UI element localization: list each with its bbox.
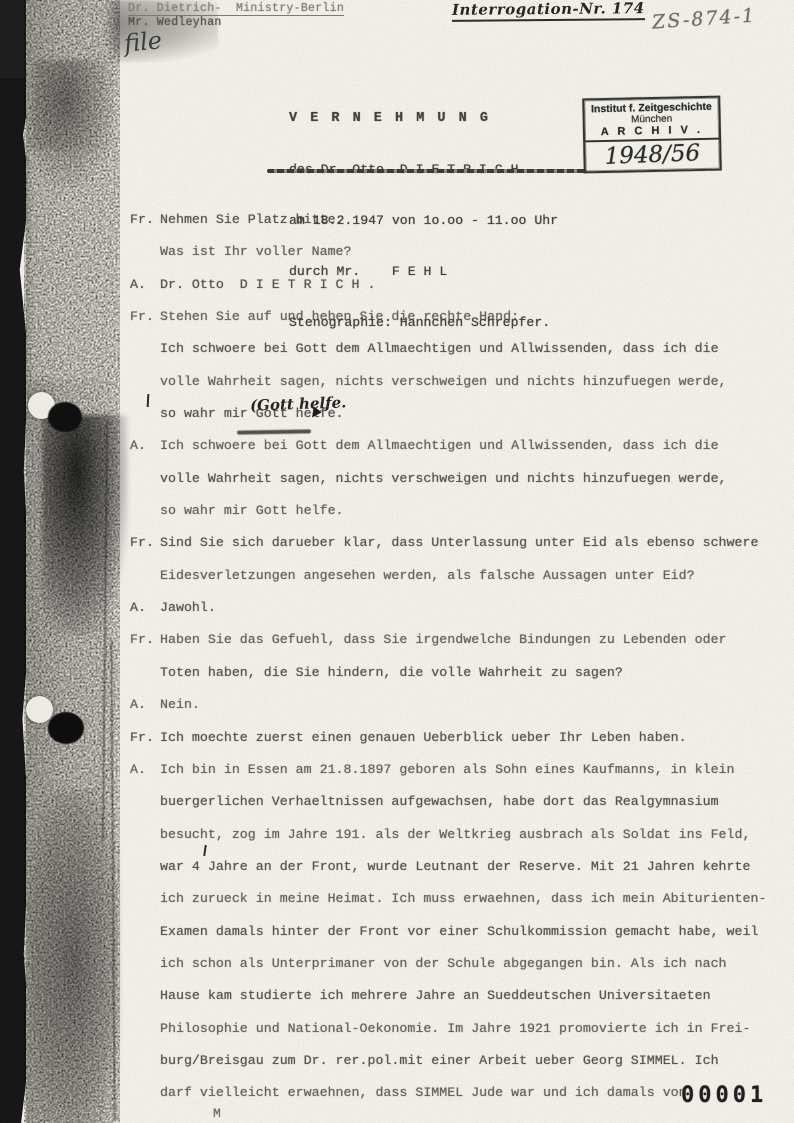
speaker-label: Fr. bbox=[130, 535, 160, 550]
typed-line-text: Hause kam studierte ich mehrere Jahre an… bbox=[160, 988, 711, 1003]
speaker-label: Fr. bbox=[130, 632, 160, 647]
typed-line: A.Jawohl. bbox=[130, 600, 766, 632]
typed-line-text: Ich bin in Essen am 21.8.1897 geboren al… bbox=[160, 762, 735, 777]
partial-character: M bbox=[213, 1106, 221, 1121]
speaker-label: Fr. bbox=[130, 309, 160, 324]
typed-line: A.Dr. Otto D I E T R I C H . bbox=[130, 277, 766, 309]
typed-line-text: darf vielleicht erwaehnen, dass SIMMEL J… bbox=[160, 1085, 687, 1100]
typed-line: ich schon als Unterprimaner von der Schu… bbox=[130, 956, 766, 988]
typed-line: Fr.Stehen Sie auf und heben Sie die rech… bbox=[130, 309, 766, 341]
typed-line: Fr.Ich moechte zuerst einen genauen Uebe… bbox=[130, 730, 766, 762]
archive-stamp: Institut f. Zeitgeschichte München A R C… bbox=[582, 96, 722, 174]
typed-line-text: so wahr mir Gott helfe. bbox=[160, 503, 344, 518]
typed-line-text: Nehmen Sie Platz bitte. bbox=[160, 212, 344, 227]
typed-line-text: ich zurueck in meine Heimat. Ich muss er… bbox=[160, 891, 766, 906]
typed-line: Ich schwoere bei Gott dem Allmaechtigen … bbox=[130, 341, 766, 373]
typed-line-text: Was ist Ihr voller Name? bbox=[160, 244, 352, 259]
typed-line: besucht, zog im Jahre 191. als der Weltk… bbox=[130, 827, 766, 859]
typed-line-text: Jawohl. bbox=[160, 600, 216, 615]
speaker-label: A. bbox=[130, 277, 160, 292]
handwritten-oath-correction: (Gott helfe. bbox=[250, 393, 347, 414]
typed-line: volle Wahrheit sagen, nichts verschweige… bbox=[130, 471, 766, 503]
routing-line-dietrich: Dr. Dietrich- Ministry-Berlin bbox=[128, 2, 344, 16]
typed-line: Fr.Nehmen Sie Platz bitte. bbox=[130, 212, 766, 244]
typed-line: buergerlichen Verhaeltnissen aufgewachse… bbox=[130, 794, 766, 826]
typed-line: so wahr mir Gott helfe. bbox=[130, 406, 766, 438]
typed-line: Examen damals hinter der Front vor einer… bbox=[130, 924, 766, 956]
typed-line: A.Ich schwoere bei Gott dem Allmaechtige… bbox=[130, 438, 766, 470]
hole-punch bbox=[26, 696, 53, 723]
typed-line-text: volle Wahrheit sagen, nichts verschweige… bbox=[160, 471, 727, 486]
typed-line-text: Ich schwoere bei Gott dem Allmaechtigen … bbox=[160, 341, 719, 356]
handwritten-file-note: file bbox=[123, 26, 164, 58]
scanned-document-page: { "page": { "top_left_line1": "Dr. Dietr… bbox=[0, 0, 794, 1123]
typed-line-text: Haben Sie das Gefuehl, dass Sie irgendwe… bbox=[160, 632, 727, 647]
typed-line-text: Toten haben, die Sie hindern, die volle … bbox=[160, 665, 623, 680]
interrogation-transcript: Fr.Nehmen Sie Platz bitte.Was ist Ihr vo… bbox=[130, 212, 766, 1118]
typed-line-text: buergerlichen Verhaeltnissen aufgewachse… bbox=[160, 794, 719, 809]
typed-line-text: Ich moechte zuerst einen genauen Ueberbl… bbox=[160, 730, 687, 745]
speaker-label: A. bbox=[130, 762, 160, 777]
typed-line: burg/Breisgau zum Dr. rer.pol.mit einer … bbox=[130, 1053, 766, 1085]
typed-line-text: volle Wahrheit sagen, nichts verschweige… bbox=[160, 374, 727, 389]
typed-line-text: besucht, zog im Jahre 191. als der Weltk… bbox=[160, 827, 750, 842]
typed-line: Fr.Haben Sie das Gefuehl, dass Sie irgen… bbox=[130, 632, 766, 664]
speaker-label: Fr. bbox=[130, 212, 160, 227]
document-title: V E R N E H M U N G bbox=[289, 110, 558, 127]
stamp-archiv-label: A R C H I V . bbox=[587, 124, 717, 139]
typed-line: Hause kam studierte ich mehrere Jahre an… bbox=[130, 988, 766, 1020]
typed-line-text: Ich schwoere bei Gott dem Allmaechtigen … bbox=[160, 438, 719, 453]
speaker-label: A. bbox=[130, 600, 160, 615]
typed-line: Toten haben, die Sie hindern, die volle … bbox=[130, 665, 766, 697]
typed-line-text: war 4 Jahre an der Front, wurde Leutnant… bbox=[160, 859, 750, 874]
hole-punch-shadow bbox=[48, 712, 84, 744]
typed-line-text: Nein. bbox=[160, 697, 200, 712]
ink-blotch bbox=[42, 415, 128, 635]
typed-line: Eidesverletzungen angesehen werden, als … bbox=[130, 568, 766, 600]
hole-punch-shadow bbox=[48, 402, 82, 432]
typed-line: A.Ich bin in Essen am 21.8.1897 geboren … bbox=[130, 762, 766, 794]
typed-line: Was ist Ihr voller Name? bbox=[130, 244, 766, 276]
typed-line-text: Dr. Otto D I E T R I C H . bbox=[160, 277, 375, 292]
typed-line: ich zurueck in meine Heimat. Ich muss er… bbox=[130, 891, 766, 923]
typed-line: Fr.Sind Sie sich darueber klar, dass Unt… bbox=[130, 535, 766, 567]
typed-line-text: Stehen Sie auf und heben Sie die rechte … bbox=[160, 309, 519, 324]
ink-blotch bbox=[28, 790, 120, 1123]
typed-line-text: Sind Sie sich darueber klar, dass Unterl… bbox=[160, 535, 758, 550]
page-number-stamp: 00001 bbox=[681, 1083, 767, 1108]
typed-line: war 4 Jahre an der Front, wurde Leutnant… bbox=[130, 859, 766, 891]
typed-line: so wahr mir Gott helfe. bbox=[130, 503, 766, 535]
handwritten-archive-reference: ZS-874-1 bbox=[651, 4, 756, 33]
typed-line: darf vielleicht erwaehnen, dass SIMMEL J… bbox=[130, 1085, 766, 1117]
archive-stamp-header: Institut f. Zeitgeschichte München A R C… bbox=[584, 98, 719, 143]
speaker-label: A. bbox=[130, 438, 160, 453]
speaker-label: Fr. bbox=[130, 730, 160, 745]
typed-line-text: ich schon als Unterprimaner von der Schu… bbox=[160, 956, 727, 971]
typed-line-text: Eidesverletzungen angesehen werden, als … bbox=[160, 568, 695, 583]
typed-line-text: burg/Breisgau zum Dr. rer.pol.mit einer … bbox=[160, 1053, 719, 1068]
header-divider-rule bbox=[267, 169, 587, 173]
typed-line: A.Nein. bbox=[130, 697, 766, 729]
typed-line: volle Wahrheit sagen, nichts verschweige… bbox=[130, 374, 766, 406]
speaker-label: A. bbox=[130, 697, 160, 712]
typed-line: Philosophie und National-Oekonomie. Im J… bbox=[130, 1021, 766, 1053]
typed-line-text: Philosophie und National-Oekonomie. Im J… bbox=[160, 1021, 750, 1036]
handwritten-interrogation-number: Interrogation-Nr. 174 bbox=[452, 0, 645, 22]
ink-blotch bbox=[34, 60, 114, 190]
stamp-accession-number: 1948/56 bbox=[585, 138, 720, 172]
typed-line-text: Examen damals hinter der Front vor einer… bbox=[160, 924, 758, 939]
